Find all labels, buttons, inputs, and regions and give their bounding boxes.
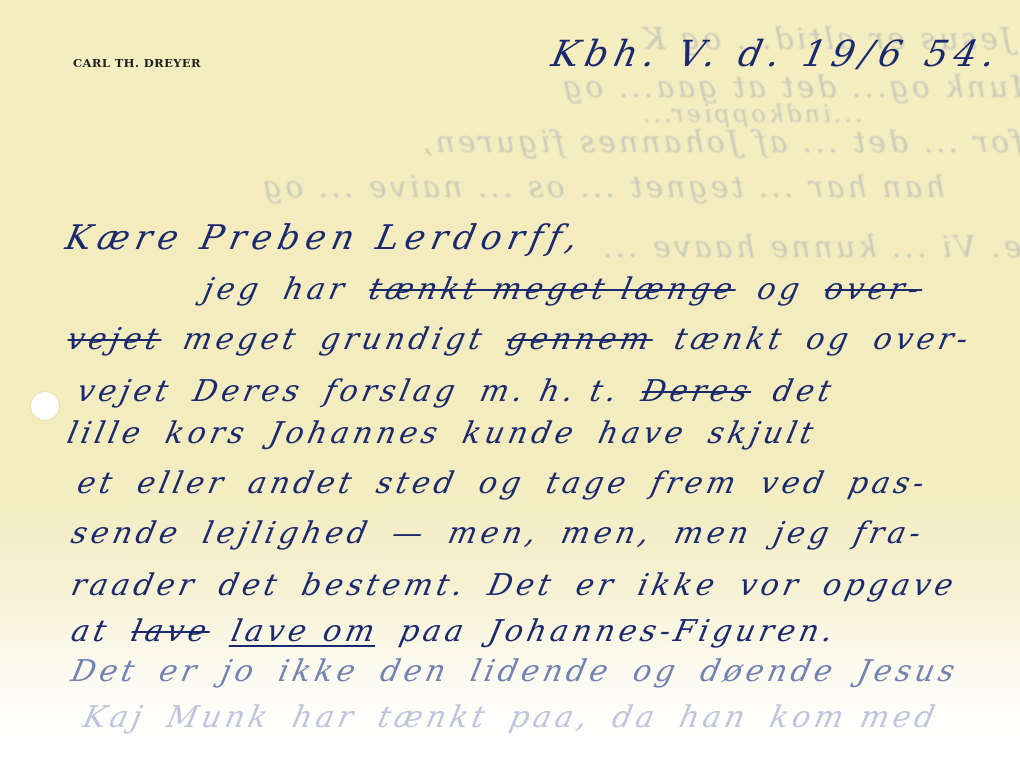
word: kom med <box>767 700 942 735</box>
word: at <box>68 614 113 649</box>
word: fra- <box>851 516 928 551</box>
word: jeg <box>200 272 266 307</box>
word: Johannes <box>266 416 445 451</box>
word: Jesus <box>854 654 961 689</box>
word: sende <box>68 516 185 551</box>
word: det <box>215 568 283 603</box>
word: ikke <box>275 654 362 689</box>
word: har <box>280 272 351 307</box>
punch-hole <box>31 392 59 420</box>
word: bestemt. <box>298 568 470 603</box>
word: kunde <box>459 416 580 451</box>
word: over- <box>870 322 975 357</box>
word: men, <box>445 516 544 551</box>
struck-word: gennem <box>503 322 656 357</box>
word: eller <box>134 466 230 501</box>
word: frem <box>648 466 743 501</box>
letter-line-faded: KajMunkhartænktpaa,dahankom med <box>80 700 964 735</box>
word: da <box>609 700 662 735</box>
word: m. h. t. <box>477 374 624 409</box>
word: paa <box>396 614 470 649</box>
letter-line: lillekorsJohanneskundehaveskjult <box>64 416 842 451</box>
letter-line: vejetmegetgrundigtgennemtænktogover- <box>64 322 997 357</box>
word: og <box>630 654 683 689</box>
word: den <box>377 654 453 689</box>
word: Johannes-Figuren. <box>485 614 840 649</box>
letter-line-faded: DeterjoikkedenlidendeogdøendeJesus <box>68 654 984 689</box>
word: meget <box>180 322 303 357</box>
word: jeg <box>770 516 836 551</box>
word: har <box>289 700 360 735</box>
letter-line: jeghartænkt meget længeogover- <box>200 272 948 307</box>
word: døende <box>697 654 840 689</box>
struck-word: Deres <box>638 374 755 409</box>
letter-line: atlavelave ompaaJohannes-Figuren. <box>68 614 862 649</box>
word: det <box>770 374 838 409</box>
word: grundigt <box>317 322 489 357</box>
word: og <box>754 272 807 307</box>
word: skjult <box>705 416 820 451</box>
word: Munk <box>164 700 275 735</box>
word: men, <box>558 516 657 551</box>
struck-word: vejet <box>64 322 165 357</box>
word: men <box>671 516 756 551</box>
word: raader <box>68 568 201 603</box>
underlined-word: lave om <box>228 614 382 649</box>
letter-date: Kbh. V. d. 19/6 54. <box>548 34 1005 75</box>
word: ikke <box>635 568 722 603</box>
word: Deres <box>190 374 307 409</box>
word: et <box>74 466 119 501</box>
letter-line: vejetDeresforslagm. h. t.Deresdet <box>74 374 860 409</box>
word: Det <box>68 654 141 689</box>
word: pas- <box>845 466 931 501</box>
word: sted <box>373 466 461 501</box>
word: er <box>573 568 621 603</box>
word: lejlighed <box>199 516 374 551</box>
letter-line: sendelejlighed—men,men,menjegfra- <box>68 516 950 551</box>
letter-line: etellerandetstedogtagefremvedpas- <box>74 466 953 501</box>
letterhead: CARL TH. DREYER <box>73 56 201 70</box>
salutation: Kære Preben Lerdorff, <box>62 218 587 258</box>
word: tænkt <box>375 700 492 735</box>
struck-word: over- <box>821 272 926 307</box>
word: paa, <box>507 700 595 735</box>
word: vor <box>736 568 805 603</box>
word: kors <box>162 416 251 451</box>
word: ved <box>757 466 830 501</box>
struck-word: lave <box>128 614 214 649</box>
word: er <box>156 654 204 689</box>
word: jo <box>218 654 261 689</box>
word: lidende <box>467 654 615 689</box>
word: Kaj <box>80 700 149 735</box>
letter-line: raaderdetbestemt.Deterikkevoropgave <box>68 568 982 603</box>
word: og <box>476 466 529 501</box>
struck-word: tænkt meget længe <box>366 272 740 307</box>
word: andet <box>245 466 359 501</box>
word: forslag <box>321 374 462 409</box>
word: tænkt <box>671 322 788 357</box>
word: og <box>803 322 856 357</box>
word: lille <box>64 416 148 451</box>
word: vejet <box>74 374 175 409</box>
word: — <box>389 516 430 551</box>
word: opgave <box>820 568 961 603</box>
word: tage <box>543 466 633 501</box>
word: have <box>595 416 690 451</box>
word: han <box>676 700 752 735</box>
word: Det <box>485 568 558 603</box>
